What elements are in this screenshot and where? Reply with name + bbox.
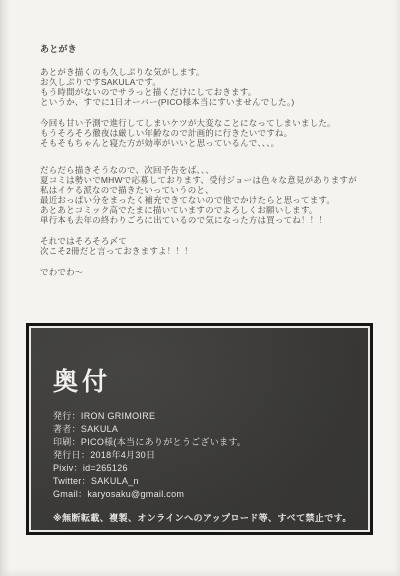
colophon-heading: 奥付: [53, 362, 346, 398]
colophon-label: Twitter: [53, 476, 82, 486]
colophon-label: 発行日: [53, 450, 81, 460]
colophon-value: SAKULA_n: [91, 476, 139, 486]
afterword-paragraph: だらだら描きそうなので、次回予告をば、、、 夏コミは勢いでMHWで応募しておりま…: [40, 165, 374, 225]
colophon-row-pixiv: Pixiv：id=265126: [53, 462, 346, 475]
colophon-value: SAKULA: [81, 424, 118, 434]
colophon-row-publisher: 発行：IRON GRIMOIRE: [53, 410, 346, 423]
colophon-label: 発行: [53, 411, 72, 421]
colophon-value: PICO様(本当にありがとうございます。: [81, 437, 246, 447]
colophon-separator: ：: [74, 463, 83, 473]
afterword-paragraph: あとがき描くのも久しぶりな気がします。 お久しぶりですSAKULAです。 もう時…: [40, 67, 374, 107]
colophon-row-printer: 印刷：PICO様(本当にありがとうございます。: [53, 436, 346, 449]
afterword-heading: あとがき: [40, 44, 374, 54]
afterword-line: というか、すでに1日オーバー(PICO様本当にすいませんでした。): [40, 97, 294, 107]
afterword-paragraph: それではそろそろ〆て 次こそ2冊だと言っておきますよ！！！: [40, 236, 374, 256]
afterword-line: お久しぶりですSAKULAです。: [40, 77, 161, 87]
afterword-section: あとがき あとがき描くのも久しぶりな気がします。 お久しぶりですSAKULAです…: [40, 44, 374, 288]
afterword-line: 次こそ2冊だと言っておきますよ！！！: [40, 246, 193, 256]
colophon-box: 奥付 発行：IRON GRIMOIRE 著者：SAKULA 印刷：PICO様(本…: [26, 323, 373, 535]
colophon-separator: ：: [72, 424, 81, 434]
colophon-separator: ：: [72, 411, 81, 421]
colophon-copyright-notice: ※無断転載、複製、オンラインへのアップロード等、すべて禁止です。: [53, 511, 346, 524]
colophon-label: 印刷: [53, 437, 72, 447]
colophon-separator: ：: [81, 450, 90, 460]
colophon-inner: 奥付 発行：IRON GRIMOIRE 著者：SAKULA 印刷：PICO様(本…: [29, 326, 370, 532]
colophon-value: IRON GRIMOIRE: [81, 411, 155, 421]
colophon-row-twitter: Twitter：SAKULA_n: [53, 475, 346, 488]
afterword-line: それではそろそろ〆て: [40, 236, 127, 246]
afterword-line: そもそもちゃんと寝た方が効率がいいと思っているんで、、、。: [40, 138, 279, 148]
afterword-line: だらだら描きそうなので、次回予告をば、、、: [40, 165, 214, 175]
afterword-line: 単行本も去年の終わりごろに出ているので気になった方は買ってね！！！: [40, 215, 327, 225]
afterword-line: でわでわ～: [40, 267, 84, 277]
scanned-page: あとがき あとがき描くのも久しぶりな気がします。 お久しぶりですSAKULAです…: [0, 0, 400, 576]
colophon-row-author: 著者：SAKULA: [53, 423, 346, 436]
afterword-paragraph: でわでわ～: [40, 267, 374, 277]
afterword-line: あとがき描くのも久しぶりな気がします。: [40, 67, 205, 77]
colophon-value: 2018年4月30日: [90, 450, 155, 460]
afterword-line: 今回も甘い予測で進行してしまいケツが大変なことになってしまいました。: [40, 118, 336, 128]
afterword-line: もう時間がないのでサラっと描くだけにしておきます。: [40, 87, 256, 97]
colophon-label: Pixiv: [53, 463, 74, 473]
afterword-line: 私はイケる派なので描きたいっていうのと、: [40, 185, 214, 195]
afterword-line: 最近おっぱい分をまったく補充できてないので他でかけたらと思ってます。: [40, 195, 335, 205]
colophon-row-gmail: Gmail：karyosaku@gmail.com: [53, 488, 346, 501]
colophon-row-publish-date: 発行日：2018年4月30日: [53, 449, 346, 462]
afterword-line: 夏コミは勢いでMHWで応募しております、受付ジョーは色々な意見がありますが: [40, 175, 357, 185]
afterword-paragraph: 今回も甘い予測で進行してしまいケツが大変なことになってしまいました。 もうそろそ…: [40, 118, 374, 148]
colophon-separator: ：: [82, 476, 91, 486]
colophon-label: Gmail: [53, 489, 78, 499]
colophon-separator: ：: [72, 437, 81, 447]
afterword-line: もうそろそろ徹夜は厳しい年齢なので計画的に行きたいですね。: [40, 128, 292, 138]
afterword-line: あとあとコミック高でたまに描いていますのでよろしくお願いします。: [40, 205, 318, 215]
colophon-label: 著者: [53, 424, 72, 434]
colophon-separator: ：: [78, 489, 87, 499]
colophon-value: karyosaku@gmail.com: [87, 489, 184, 499]
colophon-value: id=265126: [83, 463, 128, 473]
